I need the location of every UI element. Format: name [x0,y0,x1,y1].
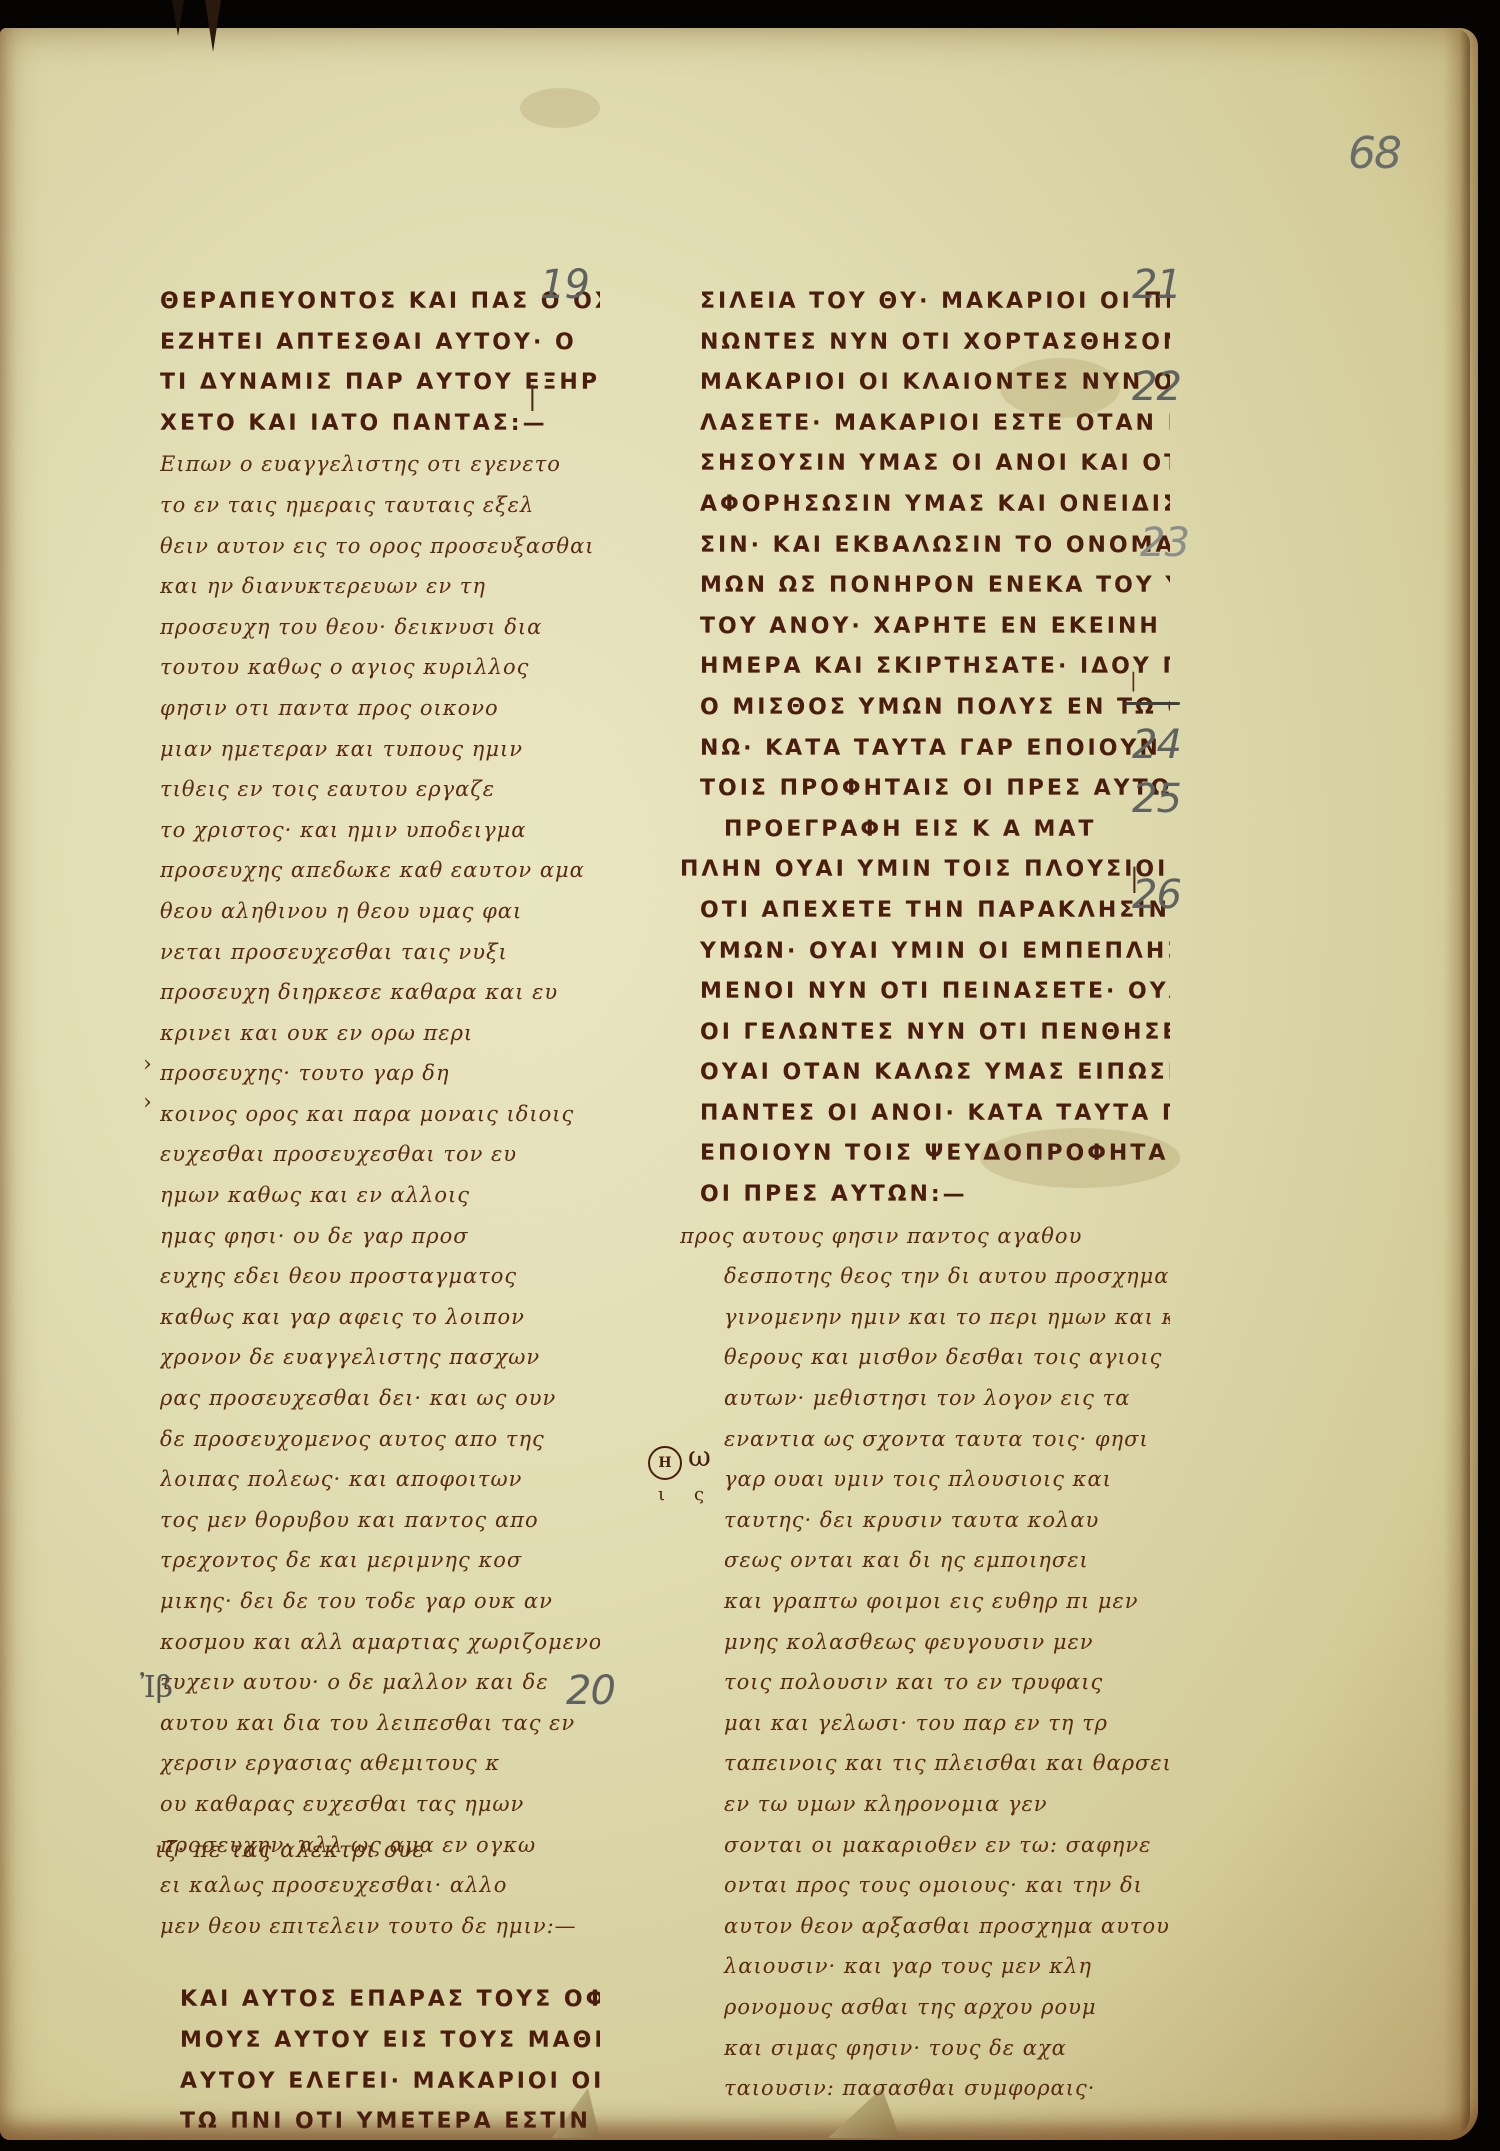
text-line: νω· κατα ταυτα γαρ εποιουν [700,729,1170,770]
text-line: χρονον δε ευαγγελιστης πασχων [160,1337,600,1378]
chapter-mark: Η ω ι ς [648,1446,722,1496]
text-line: λοιπας πολεως· και αποφοιτων [160,1459,600,1500]
text-line: εζητει απτεσθαι αυτου· ο [160,323,600,364]
text-line: γαρ ουαι υμιν τοις πλουσιοις και [700,1459,1170,1500]
folio-number: 68 [1348,128,1400,179]
text-line: λαιουσιν· και γαρ τους μεν κλη [700,1946,1170,1987]
text-line: τοις πολουσιν και το εν τρυφαις [700,1662,1170,1703]
text-line: λασετε· μακαριοι εστε οταν μι [700,404,1170,445]
page-edge [1444,28,1470,2140]
text-line: σιλεια του θυ· μακαριοι οι πι [700,282,1170,323]
left-column: θεραπευοντος και πας ο οχλοςεζητει απτεσ… [160,282,600,2143]
text-line: και γραπτω φοιμοι εις ευθηρ πι μεν [700,1581,1170,1622]
text-line: αυτου και δια του λειπεσθαι τας εν [160,1703,600,1744]
text-line: οτι απεχετε την παρακλησιν [700,891,1170,932]
text-line: και ην διανυκτερευων εν τη [160,566,600,607]
text-line: το εν ταις ημεραις ταυταις εξελ [160,485,600,526]
text-line: τρεχοντος δε και μεριμνης κοσ [160,1540,600,1581]
text-line: δε προσευχομενος αυτος απο της [160,1419,600,1460]
top-edge-tear [172,0,184,36]
text-line: ευχεσθαι προσευχεσθαι τον ευ [160,1134,600,1175]
marginal-mark: › [143,1090,152,1115]
text-line: προεγραφη εις κ α ματ [700,810,1170,851]
text-line: και αυτος επαρας τους οφθαλ [180,1980,600,2021]
text-line: τουτου καθως ο αγιος κυριλλος [160,647,600,688]
text-line: ουαι οταν καλως υμας ειπωσι [700,1053,1170,1094]
text-line: οι πρες αυτων:— [700,1175,1170,1216]
text-line: φησιν οτι παντα προς οικονο [160,688,600,729]
text-line: μενοι νυν οτι πεινασετε· ουαι [700,972,1170,1013]
text-line: μαι και γελωσι· του παρ εν τη τρ [700,1703,1170,1744]
text-line: ευχης εδει θεου προσταγματος [160,1256,600,1297]
text-line: ημερα και σκιρτησατε· ιδου γαρ [700,647,1170,688]
text-line: οι γελωντες νυν οτι πενθησετε· [700,1013,1170,1054]
text-line: προς αυτους φησιν παντος αγαθου [680,1216,1170,1257]
chapter-sub: ι [658,1484,665,1505]
text-line: το χριστος· και ημιν υποδειγμα [160,810,600,851]
text-line: τω πνι οτι υμετερα εστιν η βα [180,2102,600,2143]
text-line: μνης κολασθεως φευγουσιν μεν [700,1622,1170,1663]
text-line: ρας προσευχεσθαι δει· και ως ουν [160,1378,600,1419]
text-line: θερους και μισθον δεσθαι τοις αγιοις [700,1337,1170,1378]
text-line: υμων· ουαι υμιν οι εμπεπλησ [700,932,1170,973]
text-line: μεν θεου επιτελειν τουτο δε ημιν:— [160,1906,600,1947]
verse-number: 25 [1132,776,1181,822]
text-line: αυτον θεον αρξασθαι προσχημα αυτου [700,1906,1170,1947]
left-column-lines: θεραπευοντος και πας ο οχλοςεζητει απτεσ… [160,282,600,1946]
verse-number: 26 [1132,872,1181,918]
text-line: σονται οι μακαριοθεν εν τω: σαφηνε [700,1825,1170,1866]
text-line: μους αυτου εις τους μαθητας [180,2021,600,2062]
right-column: σιλεια του θυ· μακαριοι οι πινωντες νυν … [700,282,1170,2109]
text-line: μακαριοι οι κλαιοντες νυν οτι γε [700,363,1170,404]
verse-number: 24 [1132,722,1181,768]
text-line: προσευχης· τουτο γαρ δη [160,1053,600,1094]
text-line: πλην ουαι υμιν τοις πλουσιοις [680,850,1170,891]
text-line: και σιμας φησιν· τους δε αχα [700,2028,1170,2069]
text-line: εν τω υμων κληρονομια γεν [700,1784,1170,1825]
text-line: ταιουσιν: πασασθαι συμφοραις· [700,2068,1170,2109]
text-line: θεου αληθινου η θεου υμας φαι [160,891,600,932]
text-line: ει καλως προσευχεσθαι· αλλο [160,1865,600,1906]
chapter-glyph: ω [688,1440,711,1473]
text-line: αφορησωσιν υμας και ονειδισου [700,485,1170,526]
text-line: εποιουν τοις ψευδοπροφηταις [700,1134,1170,1175]
text-line: αυτων· μεθιστησι τον λογον εις τα [700,1378,1170,1419]
left-column-bottom-lines: και αυτος επαρας τους οφθαλμους αυτου ει… [160,1980,600,2142]
text-line: μικης· δει δε του τοδε γαρ ουκ αν [160,1581,600,1622]
text-line: θεραπευοντος και πας ο οχλος [160,282,600,323]
text-line: σιν· και εκβαλωσιν το ονομα υ [700,526,1170,567]
text-line: ου καθαρας ευχεσθαι τας ημων [160,1784,600,1825]
text-line: ταπεινοις και τις πλεισθαι και θαρσει [700,1743,1170,1784]
text-line: καθως και γαρ αφεις το λοιπον [160,1297,600,1338]
text-line: χερσιν εργασιας αθεμιτους κ [160,1743,600,1784]
verse-number: 20 [566,1668,615,1714]
text-line: μων ως πονηρον ενεκα του υυ [700,566,1170,607]
text-line: τιθεις εν τοις εαυτου εργαζε [160,769,600,810]
chapter-sub: ς [694,1484,704,1505]
text-line: προσευχη του θεου· δεικνυσι δια [160,607,600,648]
text-line: τυχειν αυτου· ο δε μαλλον και δε [160,1662,600,1703]
pencil-tick: | [1130,864,1139,894]
verse-number: 22 [1132,364,1181,410]
pencil-tick: | [528,382,537,412]
pencil-dash [1125,702,1180,705]
text-line: ημας φησι· ου δε γαρ προσ [160,1216,600,1257]
verse-number: 21 [1132,262,1181,308]
pencil-tick: | [1130,668,1137,692]
text-line: τοις προφηταις οι πρες αυτων: [700,769,1170,810]
right-column-lines: σιλεια του θυ· μακαριοι οι πινωντες νυν … [700,282,1170,2109]
text-line: δεσποτης θεος την δι αυτου προσχηματος [700,1256,1170,1297]
text-line: σεως ονται και δι ης εμποιησει [700,1540,1170,1581]
text-line: κοσμου και αλλ αμαρτιας χωριζομενοι [160,1622,600,1663]
text-line: αυτου ελεγει· μακαριοι οι πτωχοι [180,2062,600,2103]
text-line: τος μεν θορυβου και παντος απο [160,1500,600,1541]
text-line: νωντες νυν οτι χορτασθησονται· [700,323,1170,364]
text-line: προσευχης απεδωκε καθ εαυτον αμα [160,850,600,891]
text-line: ρονομους ασθαι της αρχου ρουμ [700,1987,1170,2028]
text-line: κρινει και ουκ εν ορω περι [160,1013,600,1054]
text-line: σησουσιν υμας οι ανοι και οταν [700,444,1170,485]
top-edge-tear [205,0,221,52]
text-line: ταυτης· δει κρυσιν ταυτα κολαυ [700,1500,1170,1541]
text-line: θειν αυτον εις το ορος προσευξασθαι [160,526,600,567]
verse-number: 19 [540,262,589,308]
text-line: ο μισθος υμων πολυς εν τω ου [700,688,1170,729]
lower-margin-note: ιζ· πε τας αλεκτρι ουε· [155,1838,433,1863]
chapter-circle: Η [648,1446,682,1480]
text-line: προσευχη διηρκεσε καθαρα και ευ [160,972,600,1013]
text-line: κοινος ορος και παρα μοναις ιδιοις [160,1094,600,1135]
marginal-mark: › [143,1052,152,1077]
text-line: παντες οι ανοι· κατα ταυτα γαρ [700,1094,1170,1135]
text-line: εναντια ως σχοντα ταυτα τοις· φησι [700,1419,1170,1460]
text-line: ονται προς τους ομοιους· και την δι [700,1865,1170,1906]
text-line: ημων καθως και εν αλλοις [160,1175,600,1216]
text-line: Ειπων ο ευαγγελιστης οτι εγενετο [160,444,600,485]
text-line: του ανου· χαρητε εν εκεινη τη [700,607,1170,648]
text-line: μιαν ημετεραν και τυπους ημιν [160,729,600,770]
stain [520,88,600,128]
lemma-mark: Ἰβ [140,1670,173,1705]
verse-number: 23 [1140,520,1189,566]
text-line: νεται προσευχεσθαι ταις νυξι [160,932,600,973]
text-line: γινομενην ημιν και το περι ημων και καλα [700,1297,1170,1338]
